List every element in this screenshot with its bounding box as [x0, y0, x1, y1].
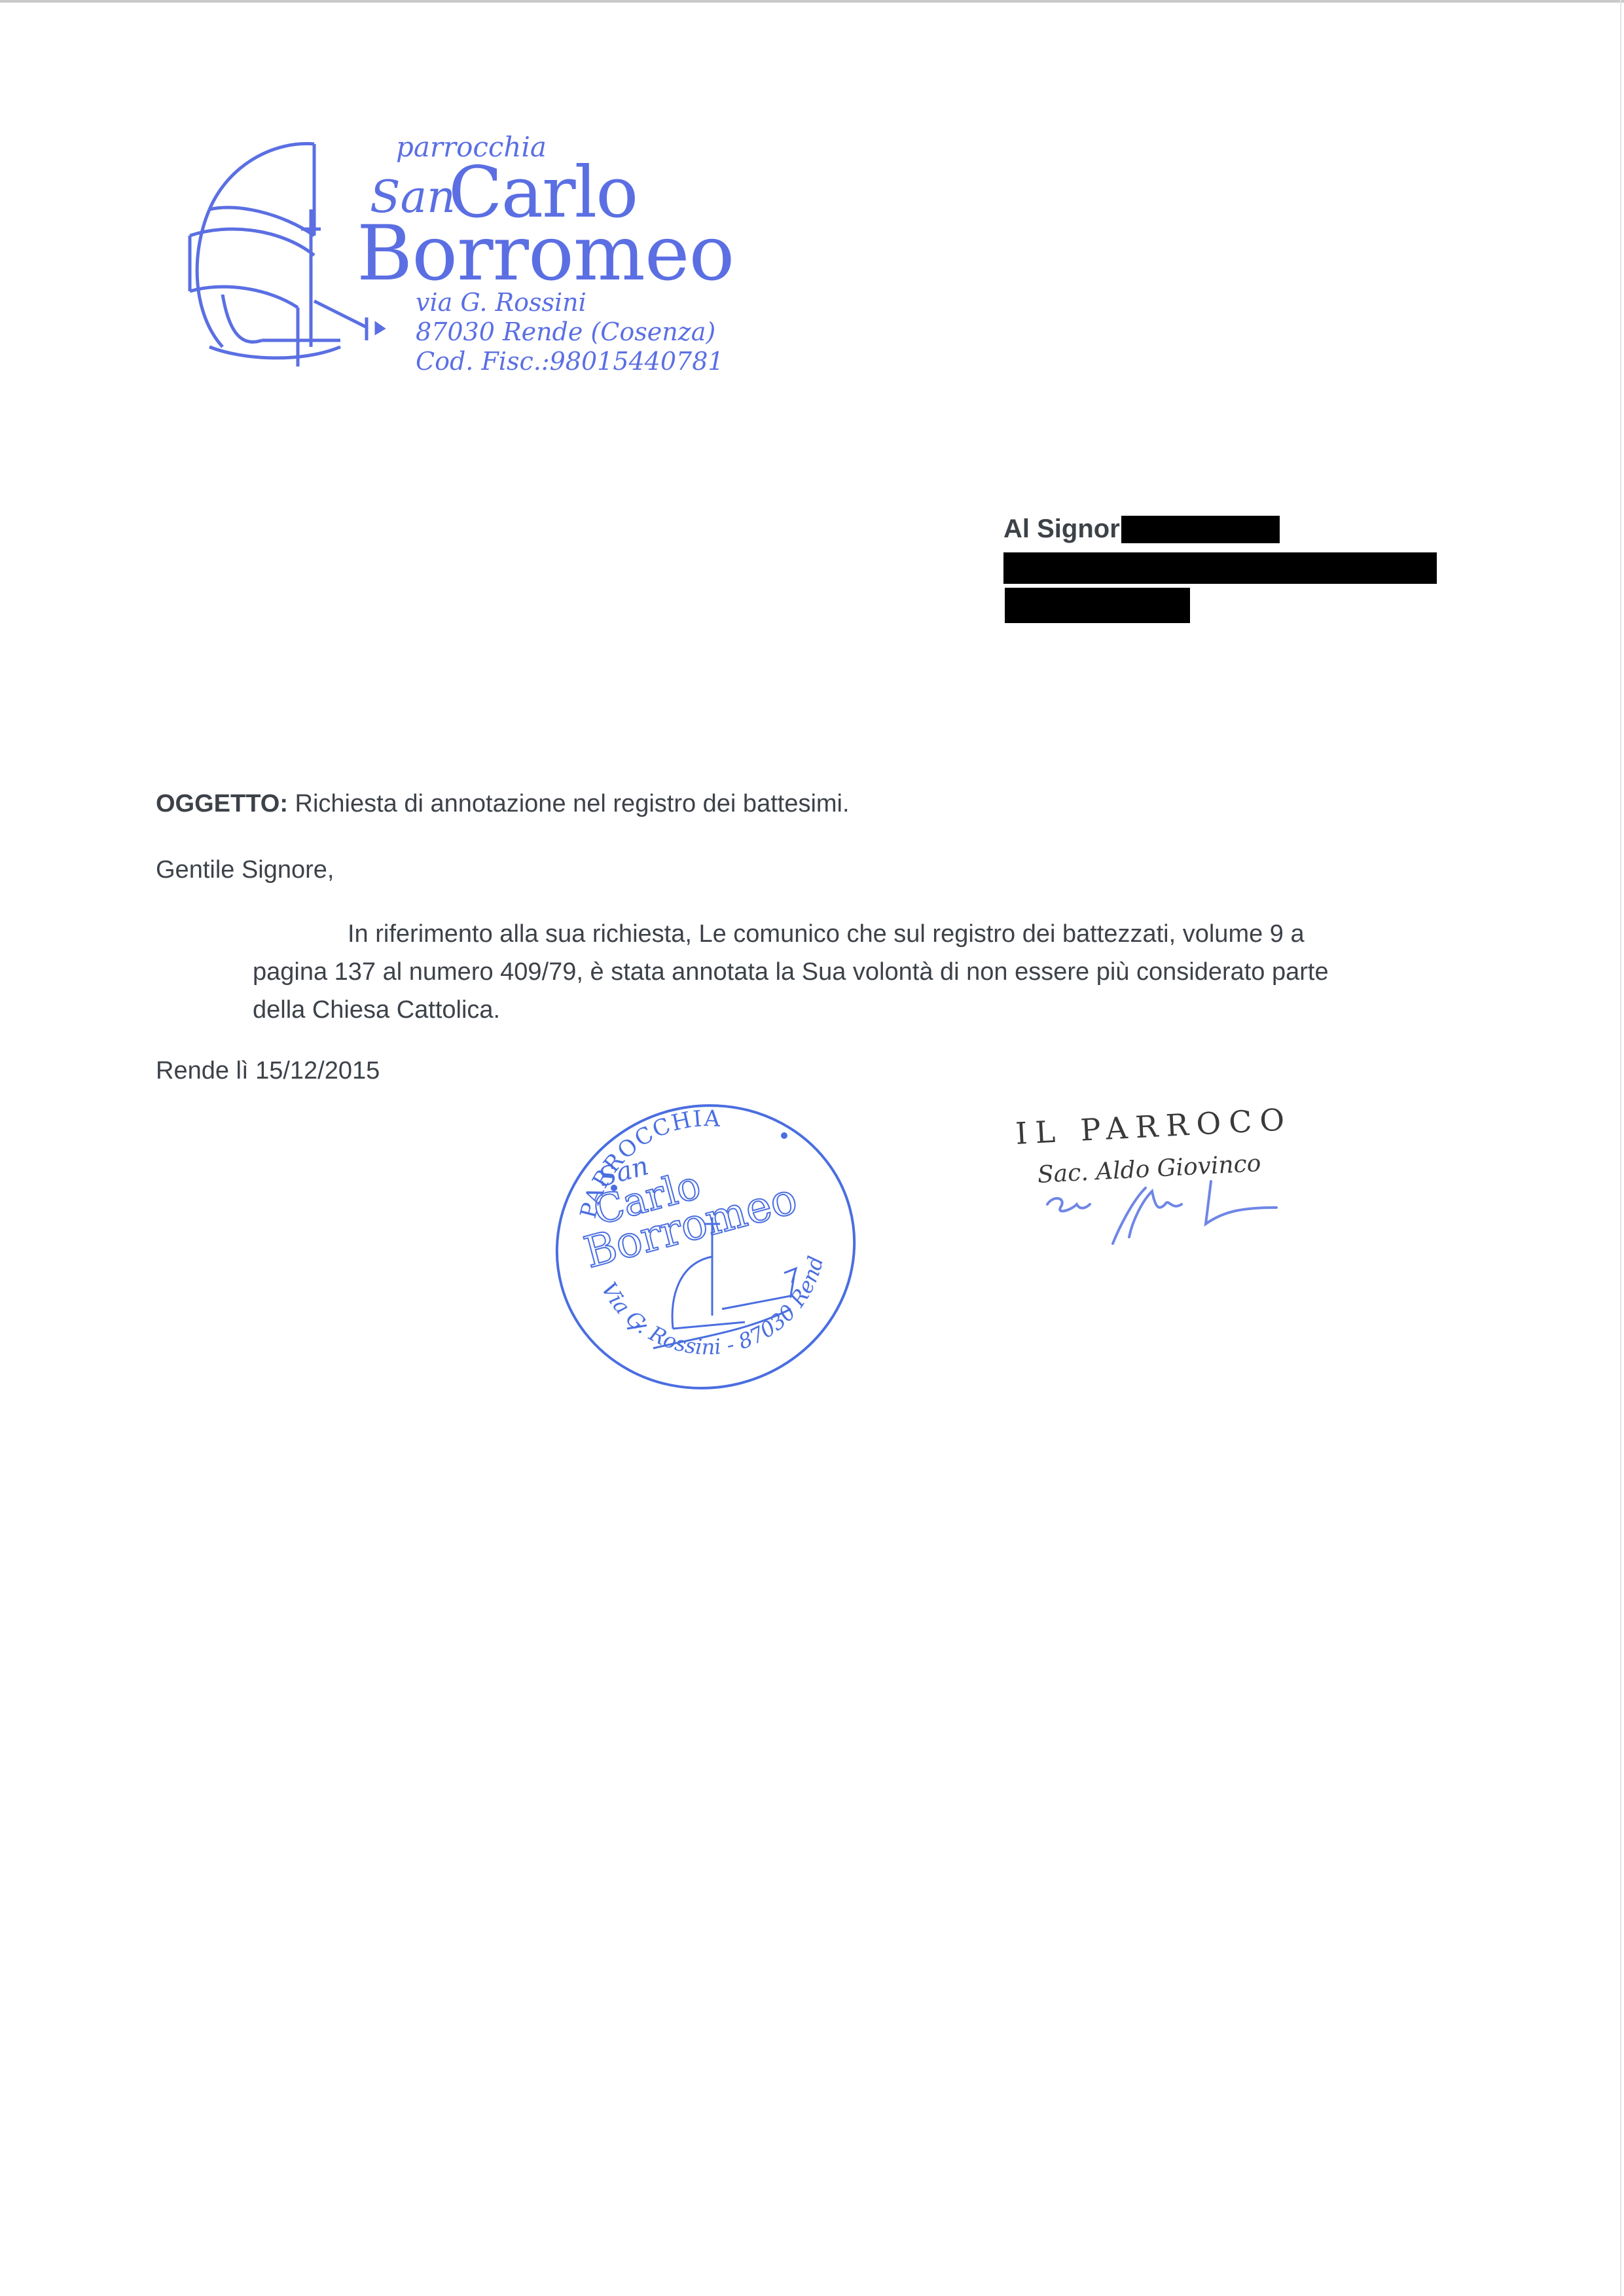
date-line: Rende lì 15/12/2015 — [156, 1057, 380, 1085]
greeting: Gentile Signore, — [156, 856, 334, 884]
redacted-name — [1121, 516, 1280, 543]
recipient-block: Al Signor — [1003, 514, 1462, 626]
subject-line: OGGETTO: Richiesta di annotazione nel re… — [156, 790, 850, 818]
handwritten-signature-icon — [1034, 1175, 1296, 1253]
parish-stamp-icon: PARROCCHIA Via G. Rossini - 87030 Rende … — [549, 1100, 863, 1394]
scan-edge-right — [1620, 0, 1621, 2296]
subject-label: OGGETTO: — [156, 790, 288, 817]
letterhead-borromeo: Borromeo — [357, 209, 734, 298]
redacted-city — [1005, 588, 1190, 623]
signature-block: IL PARROCO Sac. Aldo Giovinco — [1008, 1109, 1316, 1253]
signature-title: IL PARROCO — [1015, 1102, 1293, 1151]
body-line-3: della Chiesa Cattolica. — [253, 991, 1444, 1029]
letterhead-address: via G. Rossini — [416, 288, 586, 317]
letterhead: parrocchia San Carlo Borromeo via G. Ros… — [183, 131, 707, 373]
letterhead-fiscal-code: Cod. Fisc.:98015440781 — [416, 347, 724, 376]
subject-text: Richiesta di annotazione nel registro de… — [288, 790, 850, 817]
letterhead-city: 87030 Rende (Cosenza) — [416, 317, 715, 346]
recipient-label: Al Signor — [1003, 514, 1120, 544]
body-line-2: pagina 137 al numero 409/79, è stata ann… — [253, 953, 1444, 991]
redacted-address — [1003, 552, 1437, 584]
scan-edge-top — [0, 0, 1624, 3]
body-paragraph: In riferimento alla sua richiesta, Le co… — [253, 915, 1444, 1029]
body-line-1: In riferimento alla sua richiesta, Le co… — [253, 915, 1444, 953]
